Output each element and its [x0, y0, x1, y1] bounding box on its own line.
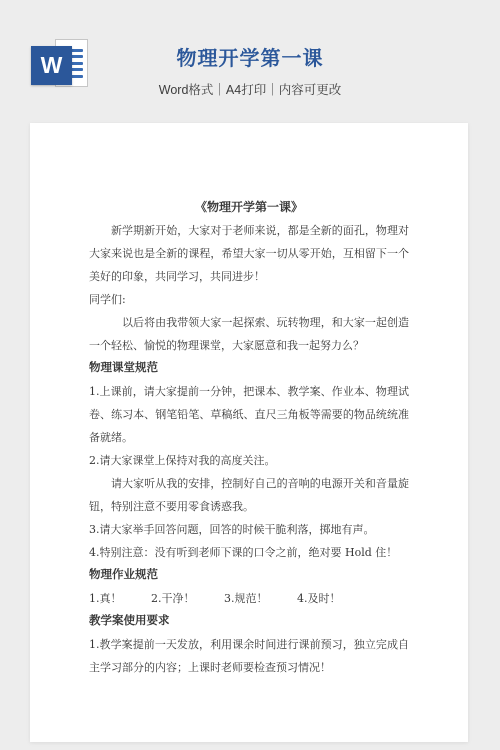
homework-rule-4: 4.及时！	[297, 592, 341, 605]
document-page: 《物理开学第一课》 新学期新开始，大家对于老师来说，都是全新的面孔，物理对大家来…	[30, 123, 468, 742]
classroom-rule-4: 4.特别注意：没有听到老师下课的口令之前，绝对要 Hold 住！	[89, 541, 409, 564]
homework-rules-line: 1.真！ 2.干净！ 3.规范！ 4.及时！	[89, 587, 409, 610]
homework-rules-heading: 物理作业规范	[89, 564, 409, 587]
classroom-rule-2-note: 请大家听从我的安排，控制好自己的音响的电源开关和音量旋钮，特别注意不要用零食诱惑…	[89, 472, 409, 518]
homework-rule-2: 2.干净！	[151, 592, 195, 605]
classroom-rule-3: 3.请大家举手回答问题，回答的时候干脆利落，掷地有声。	[89, 518, 409, 541]
word-file-icon: W	[30, 39, 88, 89]
homework-rule-1: 1.真！	[89, 592, 122, 605]
document-title: 《物理开学第一课》	[89, 196, 409, 219]
word-icon-letter: W	[31, 46, 72, 85]
greeting-line: 同学们:	[89, 288, 409, 311]
homework-rule-3: 3.规范！	[224, 592, 268, 605]
teaching-plan-heading: 教学案使用要求	[89, 610, 409, 633]
lead-paragraph: 以后将由我带领大家一起探索、玩转物理，和大家一起创造一个轻松、愉悦的物理课堂，大…	[89, 311, 409, 357]
teaching-plan-rule: 1.教学案提前一天发放，利用课余时间进行课前预习，独立完成自主学习部分的内容；上…	[89, 633, 409, 679]
page-background: W 物理开学第一课 Word格式｜A4打印｜内容可更改 《物理开学第一课》 新学…	[0, 0, 500, 750]
header: W 物理开学第一课 Word格式｜A4打印｜内容可更改	[0, 0, 500, 123]
classroom-rule-1: 1.上课前，请大家提前一分钟，把课本、教学案、作业本、物理试卷、练习本、钢笔铅笔…	[89, 380, 409, 449]
classroom-rules-heading: 物理课堂规范	[89, 357, 409, 380]
classroom-rule-2: 2.请大家课堂上保持对我的高度关注。	[89, 449, 409, 472]
intro-paragraph: 新学期新开始，大家对于老师来说，都是全新的面孔，物理对大家来说也是全新的课程，希…	[89, 219, 409, 288]
